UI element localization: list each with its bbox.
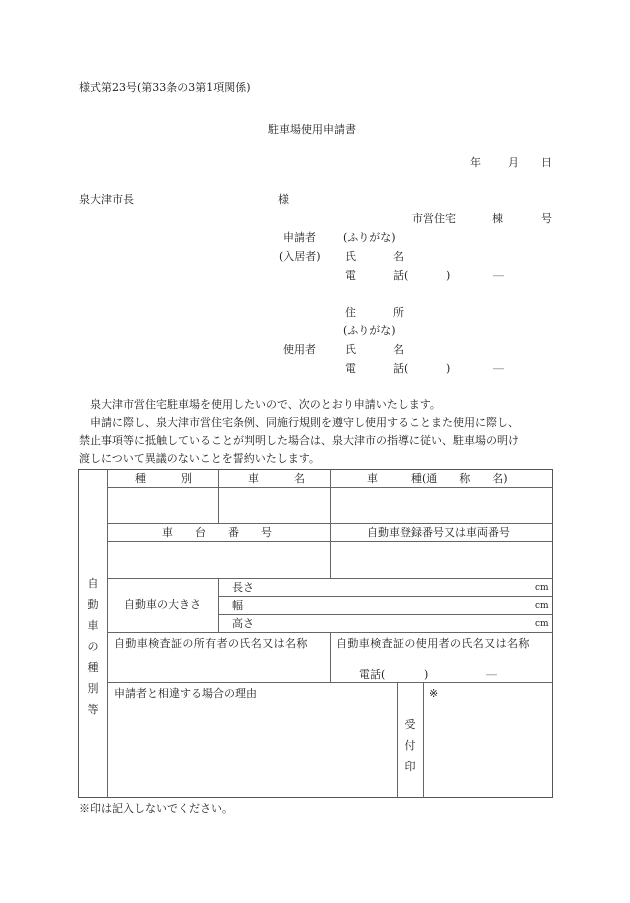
- body-line-4: 渡しについて異議のないことを誓約いたします。: [79, 453, 320, 464]
- user-name-l: 氏: [345, 344, 356, 355]
- body-line-3: 禁止事項等に抵触していることが判明した場合は、泉大津市の指導に従い、駐車場の明け: [79, 435, 519, 446]
- form-number: 様式第23号(第33条の3第1項関係): [79, 82, 251, 93]
- col-line: [397, 682, 398, 798]
- size-width-unit: cm: [535, 602, 549, 611]
- size-height-unit: cm: [535, 620, 549, 629]
- registration-number-input[interactable]: [331, 542, 552, 578]
- housing-number: 号: [541, 213, 552, 224]
- user-label: 使用者: [283, 344, 316, 355]
- applicant-furigana: (ふりがな): [343, 232, 396, 243]
- applicant-phone-r: 話(: [393, 270, 408, 281]
- registration-number-label: 自動車登録番号又は車両番号: [367, 527, 510, 538]
- size-width-label: 幅: [232, 600, 243, 611]
- size-label: 自動車の大きさ: [124, 599, 201, 610]
- col-line: [423, 682, 424, 798]
- applicant-phone-dash: ―: [493, 270, 504, 281]
- body-line-2: 申請に際し、泉大津市営住宅条例、同施行規則を遵守し使用することまた使用に際し、: [90, 417, 519, 428]
- date-month: 月: [508, 157, 519, 168]
- receipt-stamp-label: 受 付 印: [403, 714, 417, 777]
- applicant-sub-label: (入居者): [279, 251, 321, 262]
- user-name-r: 名: [393, 344, 404, 355]
- user-phone-r: 話(: [393, 363, 408, 374]
- header-type-l: 種: [135, 473, 146, 484]
- chassis-number-label: 車 台 番 号: [162, 527, 272, 538]
- applicant-label: 申請者: [283, 232, 316, 243]
- reason-label: 申請者と相違する場合の理由: [114, 688, 257, 699]
- vehicle-user-phone-open: 電話(: [359, 669, 385, 680]
- header-model: 車 種(通 称 名): [367, 473, 508, 484]
- header-car-name-l: 車: [248, 473, 259, 484]
- date-year: 年: [470, 157, 481, 168]
- reason-input[interactable]: [108, 702, 397, 797]
- user-phone-dash: ―: [493, 363, 504, 374]
- office-use-mark: ※: [429, 688, 438, 699]
- date-day: 日: [541, 157, 552, 168]
- applicant-phone-close: ): [446, 270, 450, 281]
- footnote: ※印は記入しないでください。: [79, 803, 233, 814]
- vehicle-user-phone-close: ): [424, 669, 428, 680]
- col-line: [330, 632, 331, 682]
- page-title: 駐車場使用申請書: [268, 124, 356, 135]
- user-address-l: 住: [345, 307, 356, 318]
- housing-building: 棟: [492, 213, 503, 224]
- row-line: [107, 682, 553, 683]
- vehicle-user-label: 自動車検査証の使用者の氏名又は名称: [336, 638, 530, 649]
- size-length-unit: cm: [535, 584, 549, 593]
- applicant-name-r: 名: [393, 251, 404, 262]
- size-length-label: 長さ: [232, 582, 254, 593]
- user-phone-close: ): [446, 363, 450, 374]
- header-type-r: 別: [181, 473, 192, 484]
- body-line-1: 泉大津市営住宅駐車場を使用したいので、次のとおり申請いたします。: [90, 399, 441, 410]
- col-line: [218, 578, 219, 632]
- owner-label: 自動車検査証の所有者の氏名又は名称: [114, 638, 308, 649]
- applicant-phone-l: 電: [345, 270, 356, 281]
- chassis-number-input[interactable]: [108, 542, 330, 578]
- type-input[interactable]: [108, 488, 218, 523]
- applicant-name-l: 氏: [345, 251, 356, 262]
- size-height-input[interactable]: [260, 615, 530, 632]
- size-width-input[interactable]: [260, 597, 530, 614]
- addressee-name: 泉大津市長: [79, 194, 134, 205]
- side-label: 自 動 車 の 種 別 等: [86, 573, 100, 720]
- housing-label: 市営住宅: [412, 213, 456, 224]
- user-phone-l: 電: [345, 363, 356, 374]
- size-length-input[interactable]: [260, 579, 530, 596]
- header-car-name-r: 名: [294, 473, 305, 484]
- user-address-r: 所: [393, 307, 404, 318]
- user-furigana: (ふりがな): [343, 325, 396, 336]
- size-height-label: 高さ: [232, 618, 254, 629]
- addressee-honorific: 様: [278, 194, 289, 205]
- vehicle-user-phone-dash: ―: [486, 669, 497, 680]
- car-name-input[interactable]: [219, 488, 330, 523]
- model-input[interactable]: [331, 488, 552, 523]
